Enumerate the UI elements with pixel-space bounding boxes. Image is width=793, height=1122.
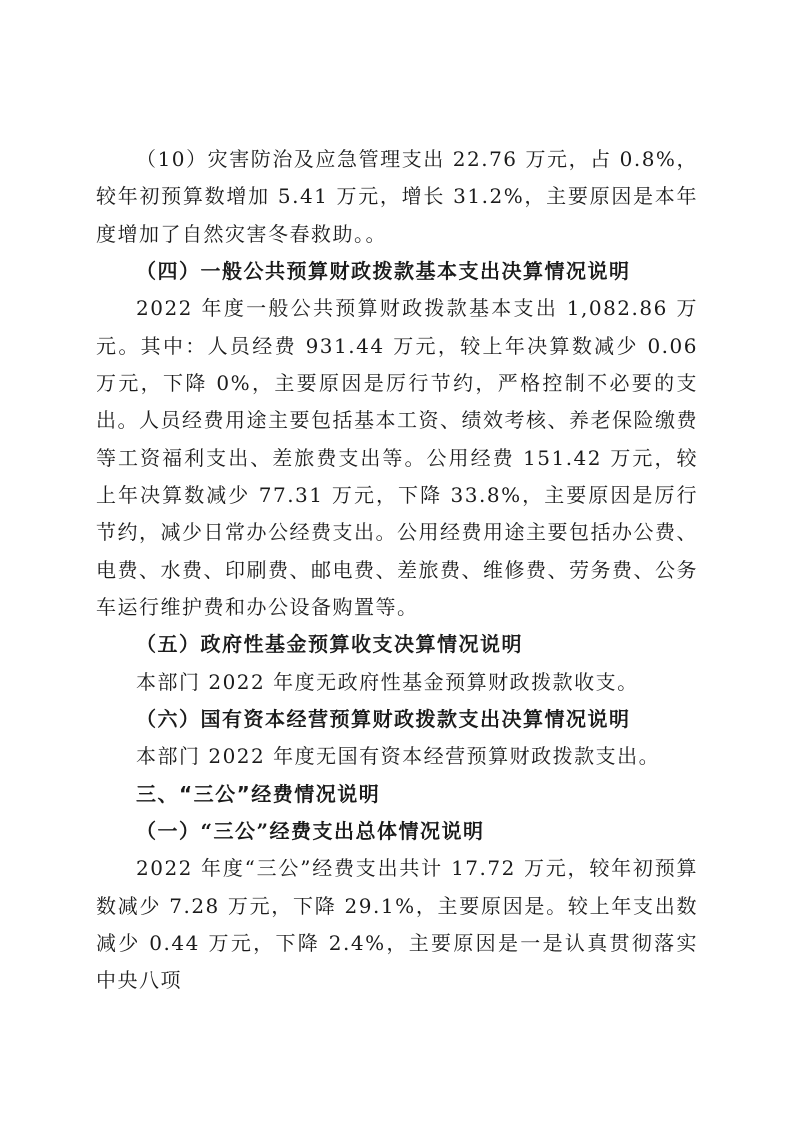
heading-section4-basic-expenditure: （四）一般公共预算财政拨款基本支出决算情况说明 <box>96 253 698 290</box>
heading-section6-state-capital: （六）国有资本经营预算财政拨款支出决算情况说明 <box>96 701 698 738</box>
document-page: （10）灾害防治及应急管理支出 22.76 万元，占 0.8%，较年初预算数增加… <box>0 0 793 1122</box>
heading-three-public-funds: 三、“三公”经费情况说明 <box>96 776 698 813</box>
document-text-block: （10）灾害防治及应急管理支出 22.76 万元，占 0.8%，较年初预算数增加… <box>96 141 698 1000</box>
heading-three-public-overall: （一）“三公”经费支出总体情况说明 <box>96 813 698 850</box>
para-three-public-detail: 2022 年度“三公”经费支出共计 17.72 万元，较年初预算数减少 7.28… <box>96 850 698 999</box>
para-basic-expenditure-detail: 2022 年度一般公共预算财政拨款基本支出 1,082.86 万元。其中：人员经… <box>96 290 698 626</box>
para-state-capital-statement: 本部门 2022 年度无国有资本经营预算财政拨款支出。 <box>96 738 698 775</box>
heading-section5-government-funds: （五）政府性基金预算收支决算情况说明 <box>96 626 698 663</box>
para-item10-disaster-relief-expense: （10）灾害防治及应急管理支出 22.76 万元，占 0.8%，较年初预算数增加… <box>96 141 698 253</box>
para-government-funds-statement: 本部门 2022 年度无政府性基金预算财政拨款收支。 <box>96 664 698 701</box>
